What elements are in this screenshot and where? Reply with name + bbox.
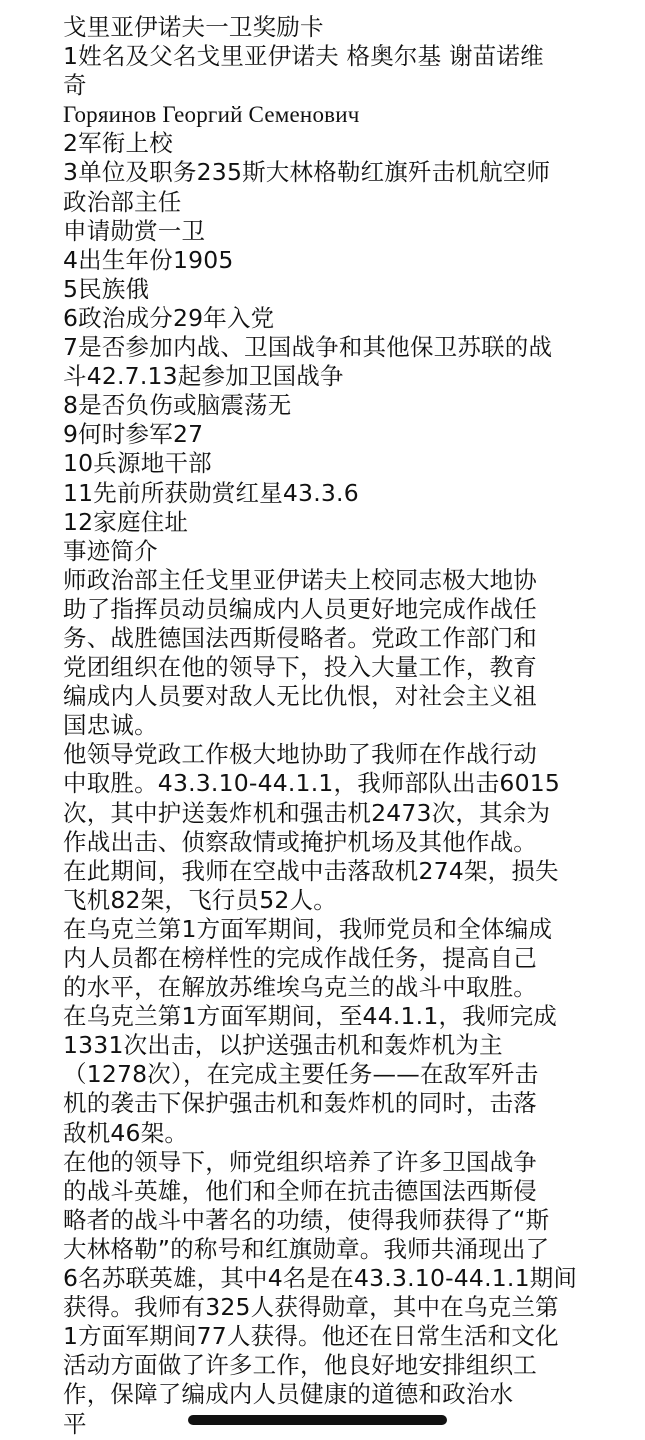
paragraph-line: 党团组织在他的领导下，投入大量工作，教育 (63, 653, 583, 682)
paragraph-line: 敌机46架。 (63, 1119, 583, 1148)
form-field-line: 8是否负伤或脑震荡无 (63, 391, 583, 420)
paragraph-line: 国忠诚。 (63, 711, 583, 740)
form-field-line: 斗42.7.13起参加卫国战争 (63, 362, 583, 391)
paragraph-line: 机的袭击下保护强击机和轰炸机的同时，击落 (63, 1089, 583, 1118)
form-field-line: 3单位及职务235斯大林格勒红旗歼击机航空师 (63, 158, 583, 187)
paragraph-line: 在乌克兰第1方面军期间，至44.1.1，我师完成 (63, 1002, 583, 1031)
paragraph-line: 的水平，在解放苏维埃乌克兰的战斗中取胜。 (63, 973, 583, 1002)
form-field-line: 12家庭住址 (63, 508, 583, 537)
paragraph-line: 他领导党政工作极大地协助了我师在作战行动 (63, 740, 583, 769)
document-body: 戈里亚伊诺夫一卫奖励卡1姓名及父名戈里亚伊诺夫 格奥尔基 谢苗诺维奇Горяин… (63, 13, 583, 1439)
form-field-line: 奇 (63, 71, 583, 100)
form-field-line: 4出生年份1905 (63, 246, 583, 275)
form-field-line: 7是否参加内战、卫国战争和其他保卫苏联的战 (63, 333, 583, 362)
form-field-line: Горяинов Георгий Семенович (63, 100, 583, 129)
paragraph-line: 在他的领导下，师党组织培养了许多卫国战争 (63, 1148, 583, 1177)
form-field-line: 6政治成分29年入党 (63, 304, 583, 333)
paragraph-line: 飞机82架，飞行员52人。 (63, 886, 583, 915)
form-field-line: 2军衔上校 (63, 129, 583, 158)
form-field-line: 1姓名及父名戈里亚伊诺夫 格奥尔基 谢苗诺维 (63, 42, 583, 71)
paragraph-line: 中取胜。43.3.10-44.1.1，我师部队出击6015 (63, 769, 583, 798)
paragraph-line: 略者的战斗中著名的功绩，使得我师获得了“斯 (63, 1206, 583, 1235)
paragraph-line: 在乌克兰第1方面军期间，我师党员和全体编成 (63, 915, 583, 944)
paragraph-line: 助了指挥员动员编成内人员更好地完成作战任 (63, 595, 583, 624)
paragraph-line: 活动方面做了许多工作，他良好地安排组织工 (63, 1351, 583, 1380)
paragraph-line: 大林格勒”的称号和红旗勋章。我师共涌现出了 (63, 1235, 583, 1264)
paragraph-line: 1方面军期间77人获得。他还在日常生活和文化 (63, 1322, 583, 1351)
document-title: 戈里亚伊诺夫一卫奖励卡 (63, 13, 583, 42)
form-field-line: 11先前所获勋赏红星43.3.6 (63, 479, 583, 508)
home-indicator-bar[interactable] (188, 1415, 447, 1425)
paragraph-line: （1278次），在完成主要任务——在敌军歼击 (63, 1060, 583, 1089)
form-field-line: 9何时参军27 (63, 420, 583, 449)
paragraph-line: 的战斗英雄，他们和全师在抗击德国法西斯侵 (63, 1177, 583, 1206)
paragraph-line: 师政治部主任戈里亚伊诺夫上校同志极大地协 (63, 566, 583, 595)
paragraph-line: 次，其中护送轰炸机和强击机2473次，其余为 (63, 799, 583, 828)
paragraph-line: 作战出击、侦察敌情或掩护机场及其他作战。 (63, 828, 583, 857)
paragraph-line: 务、战胜德国法西斯侵略者。党政工作部门和 (63, 624, 583, 653)
paragraph-line: 1331次出击，以护送强击机和轰炸机为主 (63, 1031, 583, 1060)
form-field-line: 政治部主任 (63, 188, 583, 217)
paragraph-line: 在此期间，我师在空战中击落敌机274架，损失 (63, 857, 583, 886)
form-field-line: 5民族俄 (63, 275, 583, 304)
paragraph-line: 编成内人员要对敌人无比仇恨，对社会主义祖 (63, 682, 583, 711)
paragraph-line: 获得。我师有325人获得勋章，其中在乌克兰第 (63, 1293, 583, 1322)
summary-heading: 事迹简介 (63, 537, 583, 566)
form-field-line: 10兵源地干部 (63, 449, 583, 478)
form-field-line: 申请勋赏一卫 (63, 217, 583, 246)
paragraph-line: 内人员都在榜样性的完成作战任务，提高自己 (63, 944, 583, 973)
paragraph-line: 作，保障了编成内人员健康的道德和政治水 (63, 1380, 583, 1409)
paragraph-line: 6名苏联英雄，其中4名是在43.3.10-44.1.1期间 (63, 1264, 583, 1293)
